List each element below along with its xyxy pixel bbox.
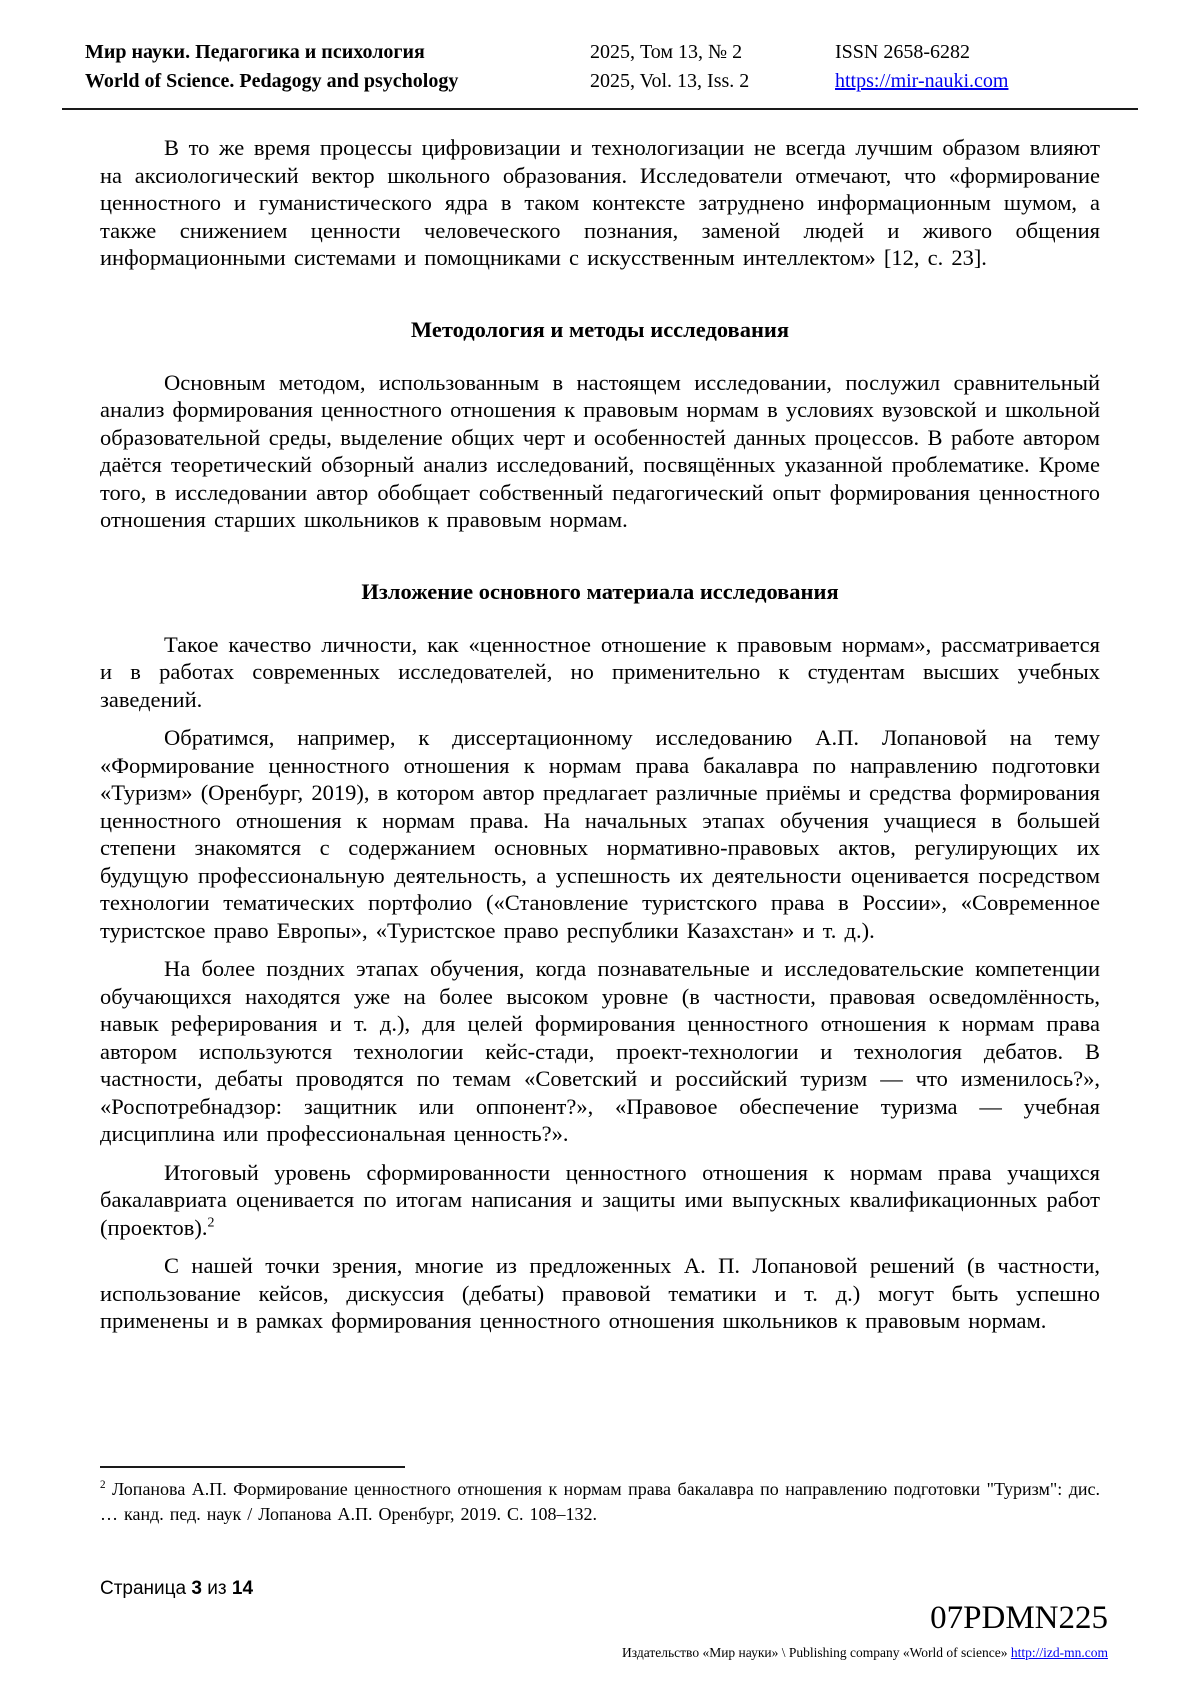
page-total: 14: [232, 1578, 253, 1599]
document-page: Мир науки. Педагогика и психология World…: [0, 0, 1200, 1697]
section-heading-main-material: Изложение основного материала исследован…: [100, 578, 1100, 605]
paragraph-digitalization: В то же время процессы цифровизации и те…: [100, 134, 1100, 272]
paragraph-later-stages: На более поздних этапах обучения, когда …: [100, 955, 1100, 1148]
issn-block: ISSN 2658-6282 https://mir-nauki.com: [835, 38, 1125, 96]
journal-title-ru: Мир науки. Педагогика и психология: [85, 38, 590, 67]
publisher-line: Издательство «Мир науки» \ Publishing co…: [622, 1644, 1108, 1661]
article-id: 07PDMN225: [930, 1600, 1108, 1636]
page-number: Страница 3 из 14: [100, 1578, 253, 1600]
paragraph-our-view: С нашей точки зрения, многие из предложе…: [100, 1252, 1100, 1335]
paragraph-personality-quality: Такое качество личности, как «ценностное…: [100, 631, 1100, 714]
page-current: 3: [191, 1578, 202, 1599]
article-body: В то же время процессы цифровизации и те…: [100, 134, 1100, 1346]
issue-info-ru: 2025, Том 13, № 2: [590, 38, 835, 67]
issue-info-en: 2025, Vol. 13, Iss. 2: [590, 67, 835, 96]
footnote: 2 Лопанова А.П. Формирование ценностного…: [100, 1477, 1100, 1527]
footnote-mark: 2: [100, 1479, 106, 1491]
paragraph-lopanova-dissertation: Обратимся, например, к диссертационному …: [100, 724, 1100, 944]
journal-header: Мир науки. Педагогика и психология World…: [85, 38, 1125, 96]
paragraph-final-level: Итоговый уровень сформированности ценнос…: [100, 1159, 1100, 1242]
footnote-reference: 2: [207, 1215, 214, 1230]
journal-site-link[interactable]: https://mir-nauki.com: [835, 70, 1008, 92]
header-divider: [62, 108, 1138, 110]
paragraph-method: Основным методом, использованным в насто…: [100, 369, 1100, 534]
publisher-link[interactable]: http://izd-mn.com: [1011, 1645, 1108, 1660]
footnote-area: 2 Лопанова А.П. Формирование ценностного…: [100, 1466, 1100, 1527]
page-label: Страница: [100, 1578, 186, 1599]
page-of-label: из: [207, 1578, 226, 1599]
journal-title-en: World of Science. Pedagogy and psycholog…: [85, 67, 590, 96]
footnote-text: Лопанова А.П. Формирование ценностного о…: [100, 1479, 1100, 1524]
section-heading-methodology: Методология и методы исследования: [100, 316, 1100, 343]
paragraph-final-level-text: Итоговый уровень сформированности ценнос…: [100, 1160, 1100, 1240]
issn-label: ISSN 2658-6282: [835, 38, 1125, 67]
journal-titles: Мир науки. Педагогика и психология World…: [85, 38, 590, 96]
issue-info: 2025, Том 13, № 2 2025, Vol. 13, Iss. 2: [590, 38, 835, 96]
footnote-divider: [100, 1466, 405, 1468]
publisher-text: Издательство «Мир науки» \ Publishing co…: [622, 1645, 1007, 1660]
